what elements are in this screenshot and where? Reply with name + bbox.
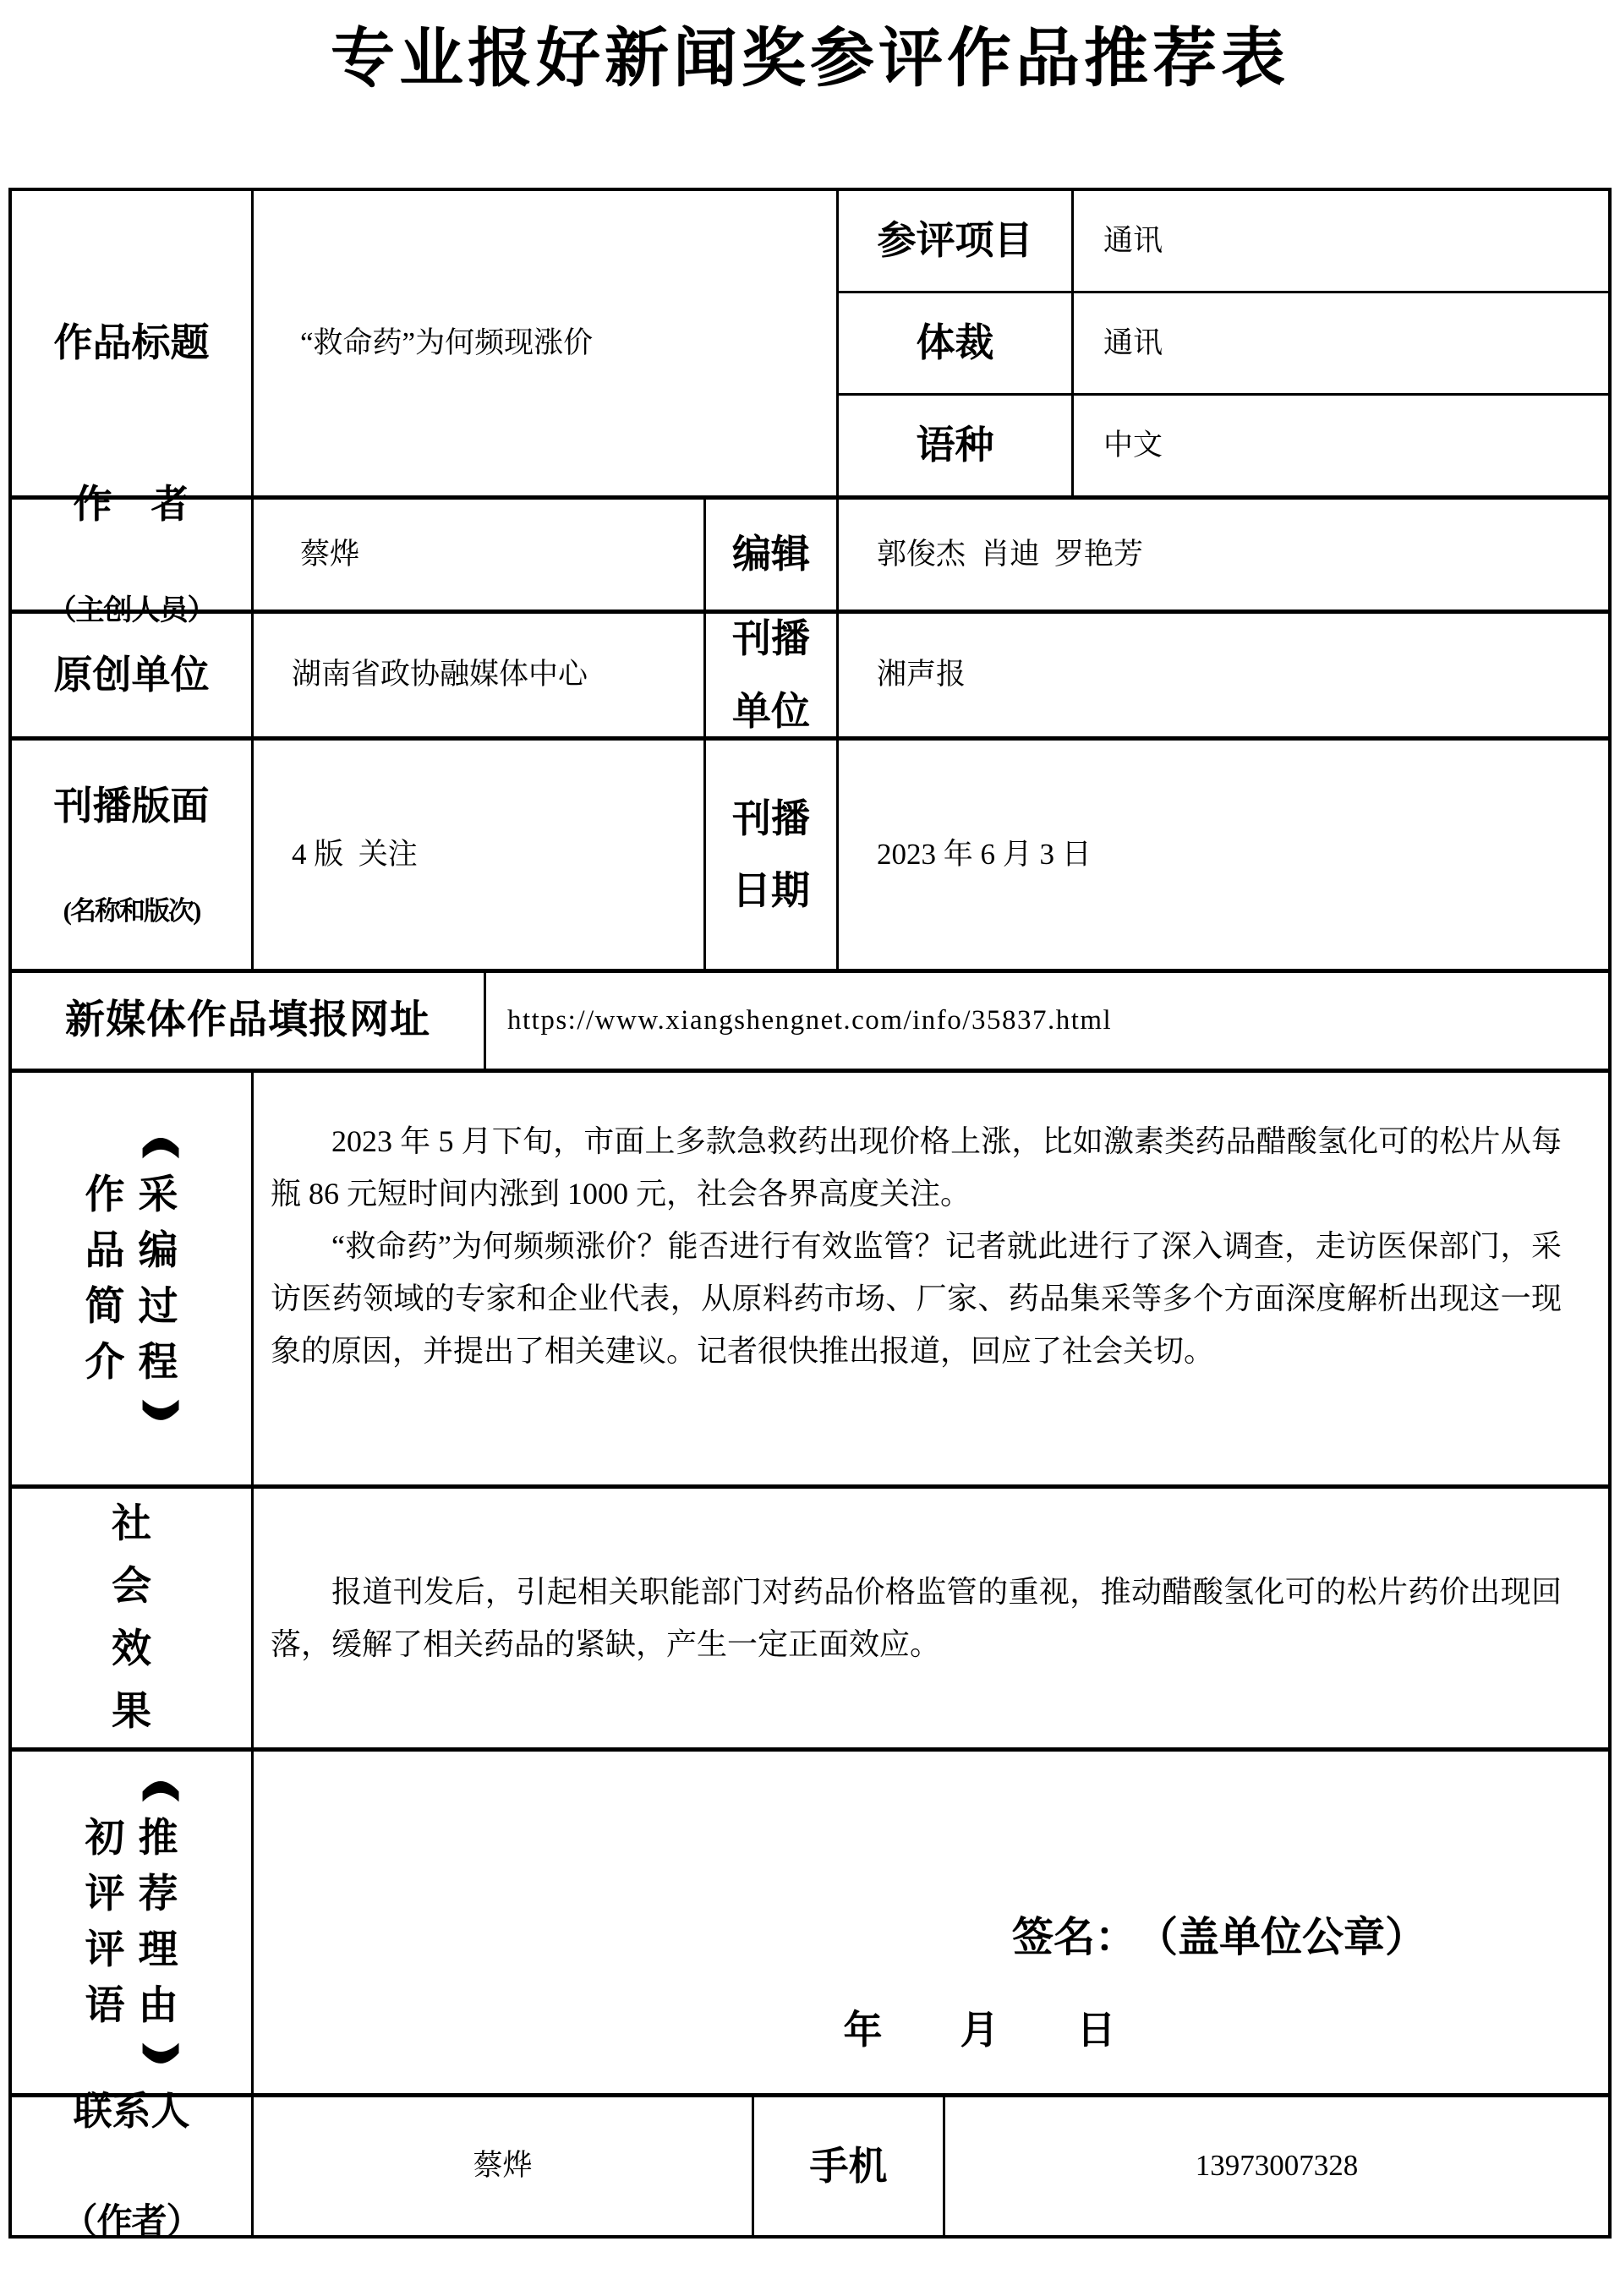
author-label-cell: 作 者 （主创人员） [12,500,251,610]
phone-label: 手机 [754,2141,943,2192]
row-publish-page: 刊播版面 (名称和版次) 4 版 关注 刊播 日期 2023 年 6 月 3 日 [12,736,1608,969]
work-intro-label-col2-text: 采 编 过 程 [139,1167,178,1391]
editor-label: 编辑 [706,529,836,580]
signature-line: 签名： （盖单位公章） [1012,1905,1426,1964]
genre-value-cell: 通讯 [1071,293,1608,393]
editor-label-cell: 编辑 [703,500,836,610]
social-effect-label: 社 会 效 果 [112,1493,151,1743]
author-label-line1: 作 者 [12,479,251,530]
publish-page-label: 刊播版面 (名称和版次) [12,730,251,978]
publish-page-value: 4 版 关注 [292,834,418,877]
publish-unit-label: 刊播 单位 [706,603,836,746]
publish-unit-value: 湘声报 [877,653,966,697]
phone-label-cell: 手机 [752,2097,943,2235]
original-unit-value-cell: 湖南省政协融媒体中心 [251,614,703,736]
recommendation-label-col1: 初 评 评 语 [85,1811,125,2034]
work-title-label: 作品标题 [12,318,251,369]
work-intro-label-col1: 作 品 简 介 [85,1167,125,1391]
publish-page-value-cell: 4 版 关注 [251,741,703,969]
work-title-value-cell: “救命药”为何频现涨价 [251,191,836,495]
genre-label-cell: 体裁 [839,293,1071,393]
language-label-cell: 语种 [839,396,1071,495]
genre-value: 通讯 [1103,322,1163,365]
language-label: 语种 [839,420,1071,471]
contact-label-line1: 联系人 [12,2086,251,2137]
vertical-open-paren: ( [137,1775,180,1807]
publish-date-label: 刊播 日期 [706,783,836,927]
page-title: 专业报好新闻奖参评作品推荐表 [0,7,1620,99]
social-effect-label-cell: 社 会 效 果 [12,1489,251,1747]
entry-meta-block: 参评项目 通讯 体裁 通讯 语种 [836,191,1608,495]
work-intro-text-cell: 2023 年 5 月下旬，市面上多款急救药出现价格上涨，比如激素类药品醋酸氢化可… [251,1073,1608,1484]
genre-label: 体裁 [839,318,1071,369]
contact-name: 蔡烨 [473,2145,532,2188]
row-new-media-url: 新媒体作品填报网址 https://www.xiangshengnet.com/… [12,969,1608,1069]
author-value-cell: 蔡烨 [251,500,703,610]
row-social-effect: 社 会 效 果 报道刊发后，引起相关职能部门对药品价格监管的重视，推动醋酸氢化可… [12,1484,1608,1747]
language-value-cell: 中文 [1071,396,1608,495]
vertical-close-paren: ) [137,2037,180,2069]
entry-item-value: 通讯 [1103,220,1163,263]
row-work-intro: 作 品 简 介 ( 采 编 过 程 ) 2023 年 5 月下旬，市面上多款急救… [12,1069,1608,1484]
vertical-open-paren: ( [137,1131,180,1163]
contact-label: 联系人 （作者） [12,2036,251,2296]
publish-page-label-line2: (名称和版次) [12,894,251,928]
signature-cell: 签名： （盖单位公章） 年 月 日 [251,1752,1608,2093]
work-intro-paragraph-1: 2023 年 5 月下旬，市面上多款急救药出现价格上涨，比如激素类药品醋酸氢化可… [271,1115,1562,1220]
social-effect-text-cell: 报道刊发后，引起相关职能部门对药品价格监管的重视，推动醋酸氢化可的松片药价出现回… [251,1489,1608,1747]
recommendation-label-col2-text: 推 荐 理 由 [139,1811,178,2034]
entry-item-label-cell: 参评项目 [839,191,1071,291]
original-unit-label: 原创单位 [12,650,251,701]
editor-value-cell: 郭俊杰 肖迪 罗艳芳 [836,500,1608,610]
editor-value: 郭俊杰 肖迪 罗艳芳 [877,533,1143,577]
publish-date-label-cell: 刊播 日期 [703,741,836,969]
entry-item-row: 参评项目 通讯 [839,191,1608,291]
work-intro-label: 作 品 简 介 ( 采 编 过 程 ) [12,1073,251,1484]
row-work-title: 作品标题 “救命药”为何频现涨价 参评项目 通讯 体裁 [12,191,1608,495]
language-row: 语种 中文 [839,393,1608,495]
phone-value: 13973007328 [1196,2145,1359,2188]
phone-value-cell: 13973007328 [943,2097,1608,2235]
original-unit-value: 湖南省政协融媒体中心 [292,653,588,697]
publish-date-value-cell: 2023 年 6 月 3 日 [836,741,1608,969]
entry-item-value-cell: 通讯 [1071,191,1608,291]
publish-unit-value-cell: 湘声报 [836,614,1608,736]
social-effect-text: 报道刊发后，引起相关职能部门对药品价格监管的重视，推动醋酸氢化可的松片药价出现回… [271,1566,1562,1670]
url-value-cell: https://www.xiangshengnet.com/info/35837… [484,973,1608,1069]
work-intro-paragraph-2: “救命药”为何频频涨价？能否进行有效监管？记者就此进行了深入调查，走访医保部门，… [271,1220,1562,1377]
recommendation-label-col2: ( 推 荐 理 由 ) [139,1772,178,2073]
row-author: 作 者 （主创人员） 蔡烨 编辑 郭俊杰 肖迪 罗艳芳 [12,495,1608,610]
publish-date-value: 2023 年 6 月 3 日 [877,834,1092,877]
work-title-value: “救命药”为何频现涨价 [300,322,593,365]
url-label: 新媒体作品填报网址 [12,995,484,1047]
contact-label-cell: 联系人 （作者） [12,2097,251,2235]
signature-date-line: 年 月 日 [844,1999,1116,2055]
language-value: 中文 [1103,424,1163,467]
entry-item-label: 参评项目 [839,216,1071,266]
vertical-close-paren: ) [137,1393,180,1425]
work-intro-label-col2: ( 采 编 过 程 ) [139,1129,178,1430]
form-table: 作品标题 “救命药”为何频现涨价 参评项目 通讯 体裁 [8,188,1612,2239]
row-recommendation: 初 评 评 语 ( 推 荐 理 由 ) 签名： （盖单位公章） 年 月 日 [12,1747,1608,2093]
author-value: 蔡烨 [300,533,359,577]
contact-label-line2: （作者） [12,2200,251,2246]
original-unit-label-cell: 原创单位 [12,614,251,736]
publish-page-label-cell: 刊播版面 (名称和版次) [12,741,251,969]
row-original-unit: 原创单位 湖南省政协融媒体中心 刊播 单位 湘声报 [12,610,1608,736]
genre-row: 体裁 通讯 [839,291,1608,393]
publish-unit-label-cell: 刊播 单位 [703,614,836,736]
publish-page-label-line1: 刊播版面 [12,781,251,832]
row-contact: 联系人 （作者） 蔡烨 手机 13973007328 [12,2093,1608,2235]
url-label-cell: 新媒体作品填报网址 [12,973,484,1069]
contact-name-cell: 蔡烨 [251,2097,752,2235]
work-intro-label-cell: 作 品 简 介 ( 采 编 过 程 ) [12,1073,251,1484]
url-value: https://www.xiangshengnet.com/info/35837… [507,1001,1112,1041]
